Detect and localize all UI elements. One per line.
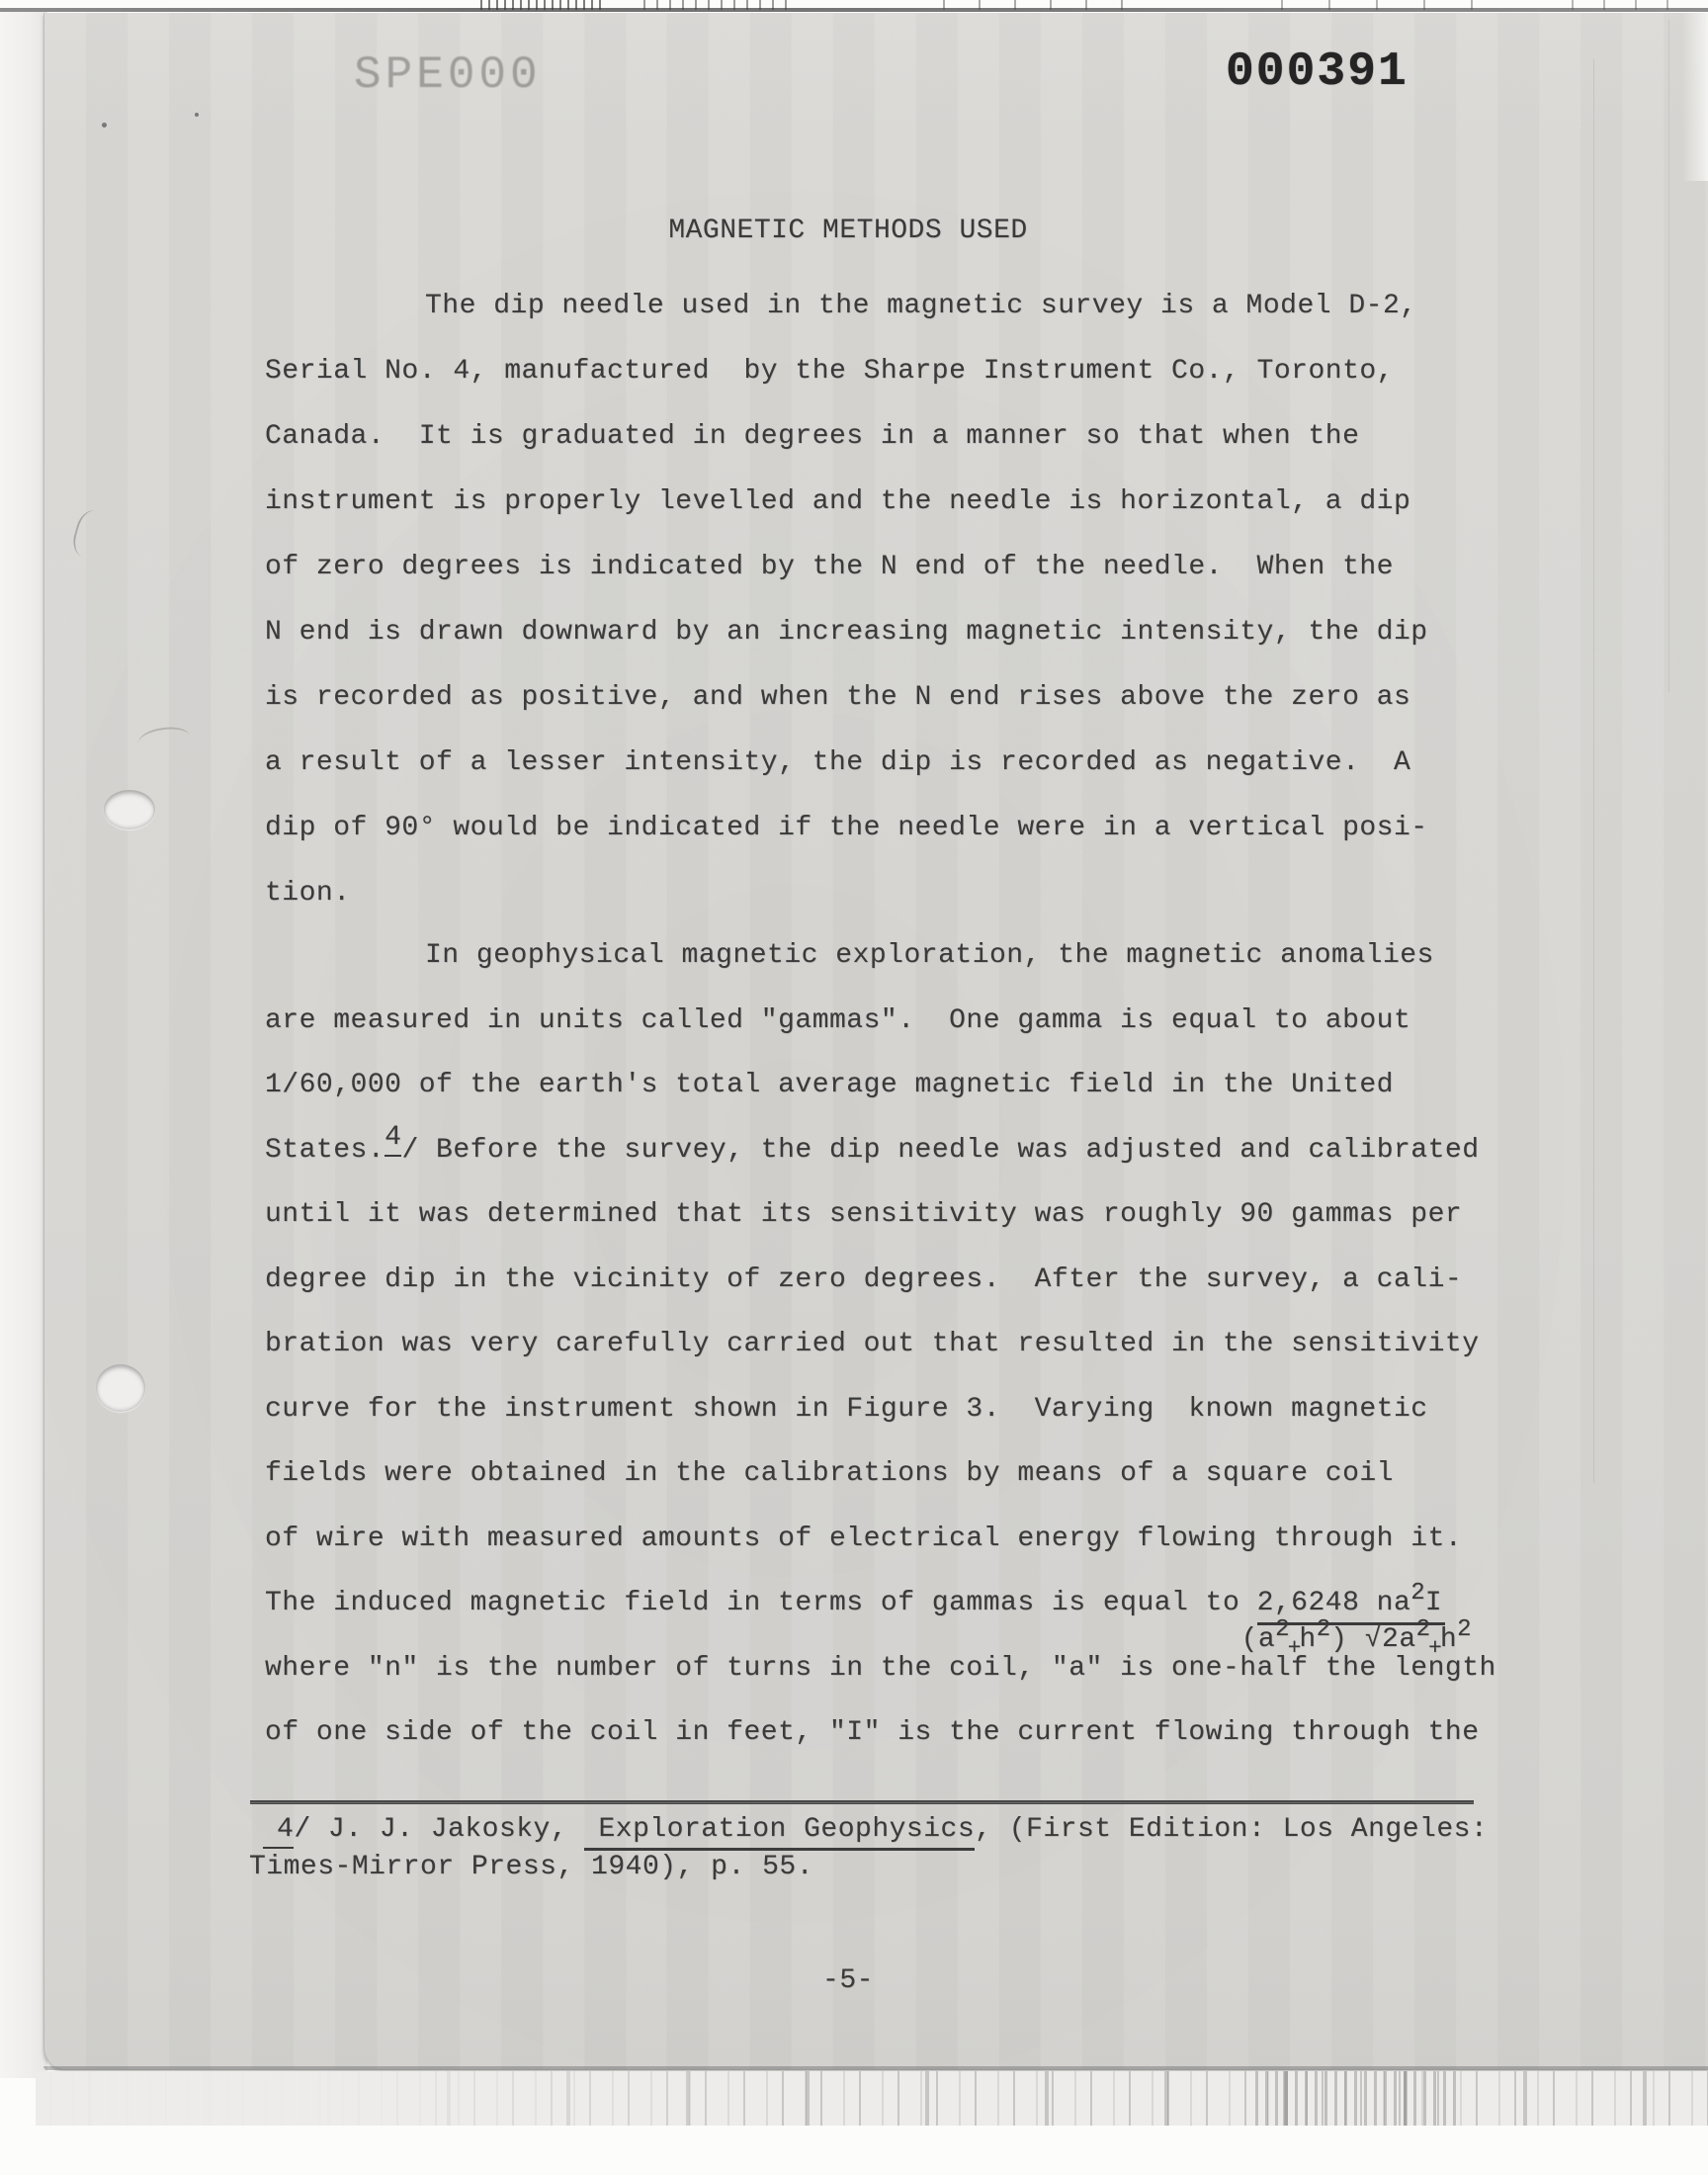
ink-speck <box>195 113 199 117</box>
text-line: of one side of the coil in feet, "I" is … <box>265 1716 1550 1782</box>
scanner-background-strip <box>0 12 47 2078</box>
footnote-line: Times-Mirror Press, 1940), p. 55. <box>249 1851 1534 1888</box>
text-line: In geophysical magnetic exploration, the… <box>265 939 1550 1004</box>
scan-streaks <box>1542 0 1690 10</box>
paragraph-2: In geophysical magnetic exploration, the… <box>265 939 1550 1782</box>
text-line: curve for the instrument shown in Figure… <box>265 1393 1550 1458</box>
text-line: are measured in units called "gammas". O… <box>265 1004 1550 1070</box>
paper-crease <box>1593 59 1594 1483</box>
text-line: a result of a lesser intensity, the dip … <box>265 746 1550 812</box>
scan-streaks <box>633 0 791 10</box>
text-line: until it was determined that its sensiti… <box>265 1198 1550 1263</box>
text-line: 1/60,000 of the earth's total average ma… <box>265 1069 1550 1134</box>
paper-right-edge <box>1682 13 1708 181</box>
text-line: instrument is properly levelled and the … <box>265 485 1550 551</box>
fraction: 2,6248 na2I(a2+h2) √2a2+h2 <box>1257 1587 1445 1625</box>
footnote-line: 4/ J. J. Jakosky, Exploration Geophysics… <box>249 1813 1534 1851</box>
bleed-through-stamp: SPE000 <box>354 49 542 101</box>
page-number: -5- <box>265 1965 1431 1996</box>
footnote-book-title: Exploration Geophysics <box>584 1813 975 1851</box>
text-line: where "n" is the number of turns in the … <box>265 1652 1550 1717</box>
hole-punch <box>96 1364 145 1412</box>
scan-streaks <box>474 0 603 10</box>
text-line: degree dip in the vicinity of zero degre… <box>265 1263 1550 1329</box>
text-line: tion. <box>265 877 1550 942</box>
paper-crease <box>1668 20 1669 692</box>
scan-streaks <box>1236 0 1473 10</box>
formula-line: The induced magnetic field in terms of g… <box>265 1587 1550 1652</box>
ink-speck <box>102 123 107 128</box>
hole-punch <box>104 790 155 829</box>
fraction-denominator: (a2+h2) √2a2+h2 <box>1241 1623 1472 1658</box>
footnote-divider <box>250 1800 1474 1804</box>
scan-streaks <box>909 0 1127 10</box>
paper-bottom-edge <box>43 2066 1708 2070</box>
text-line: dip of 90° would be indicated if the nee… <box>265 812 1550 877</box>
document-serial-stamp: 000391 <box>1226 45 1409 99</box>
paragraph-1: The dip needle used in the magnetic surv… <box>265 290 1550 942</box>
text-line: fields were obtained in the calibrations… <box>265 1457 1550 1522</box>
text-line: of wire with measured amounts of electri… <box>265 1522 1550 1588</box>
page-title: MAGNETIC METHODS USED <box>265 216 1431 246</box>
footnote-number: 4 <box>263 1813 294 1849</box>
text-line: bration was very carefully carried out t… <box>265 1328 1550 1393</box>
footnote-reference-mark: 4 <box>384 1121 401 1157</box>
text-line: Serial No. 4, manufactured by the Sharpe… <box>265 355 1550 420</box>
text-line: Canada. It is graduated in degrees in a … <box>265 420 1550 485</box>
text-line: is recorded as positive, and when the N … <box>265 681 1550 746</box>
footnote: 4/ J. J. Jakosky, Exploration Geophysics… <box>249 1813 1534 1888</box>
text-line: N end is drawn downward by an increasing… <box>265 616 1550 681</box>
text-line: States.4/ Before the survey, the dip nee… <box>265 1134 1550 1199</box>
text-line: The dip needle used in the magnetic surv… <box>265 290 1550 355</box>
text-line: of zero degrees is indicated by the N en… <box>265 551 1550 616</box>
scan-bottom-dark-streaks <box>1255 2071 1463 2126</box>
